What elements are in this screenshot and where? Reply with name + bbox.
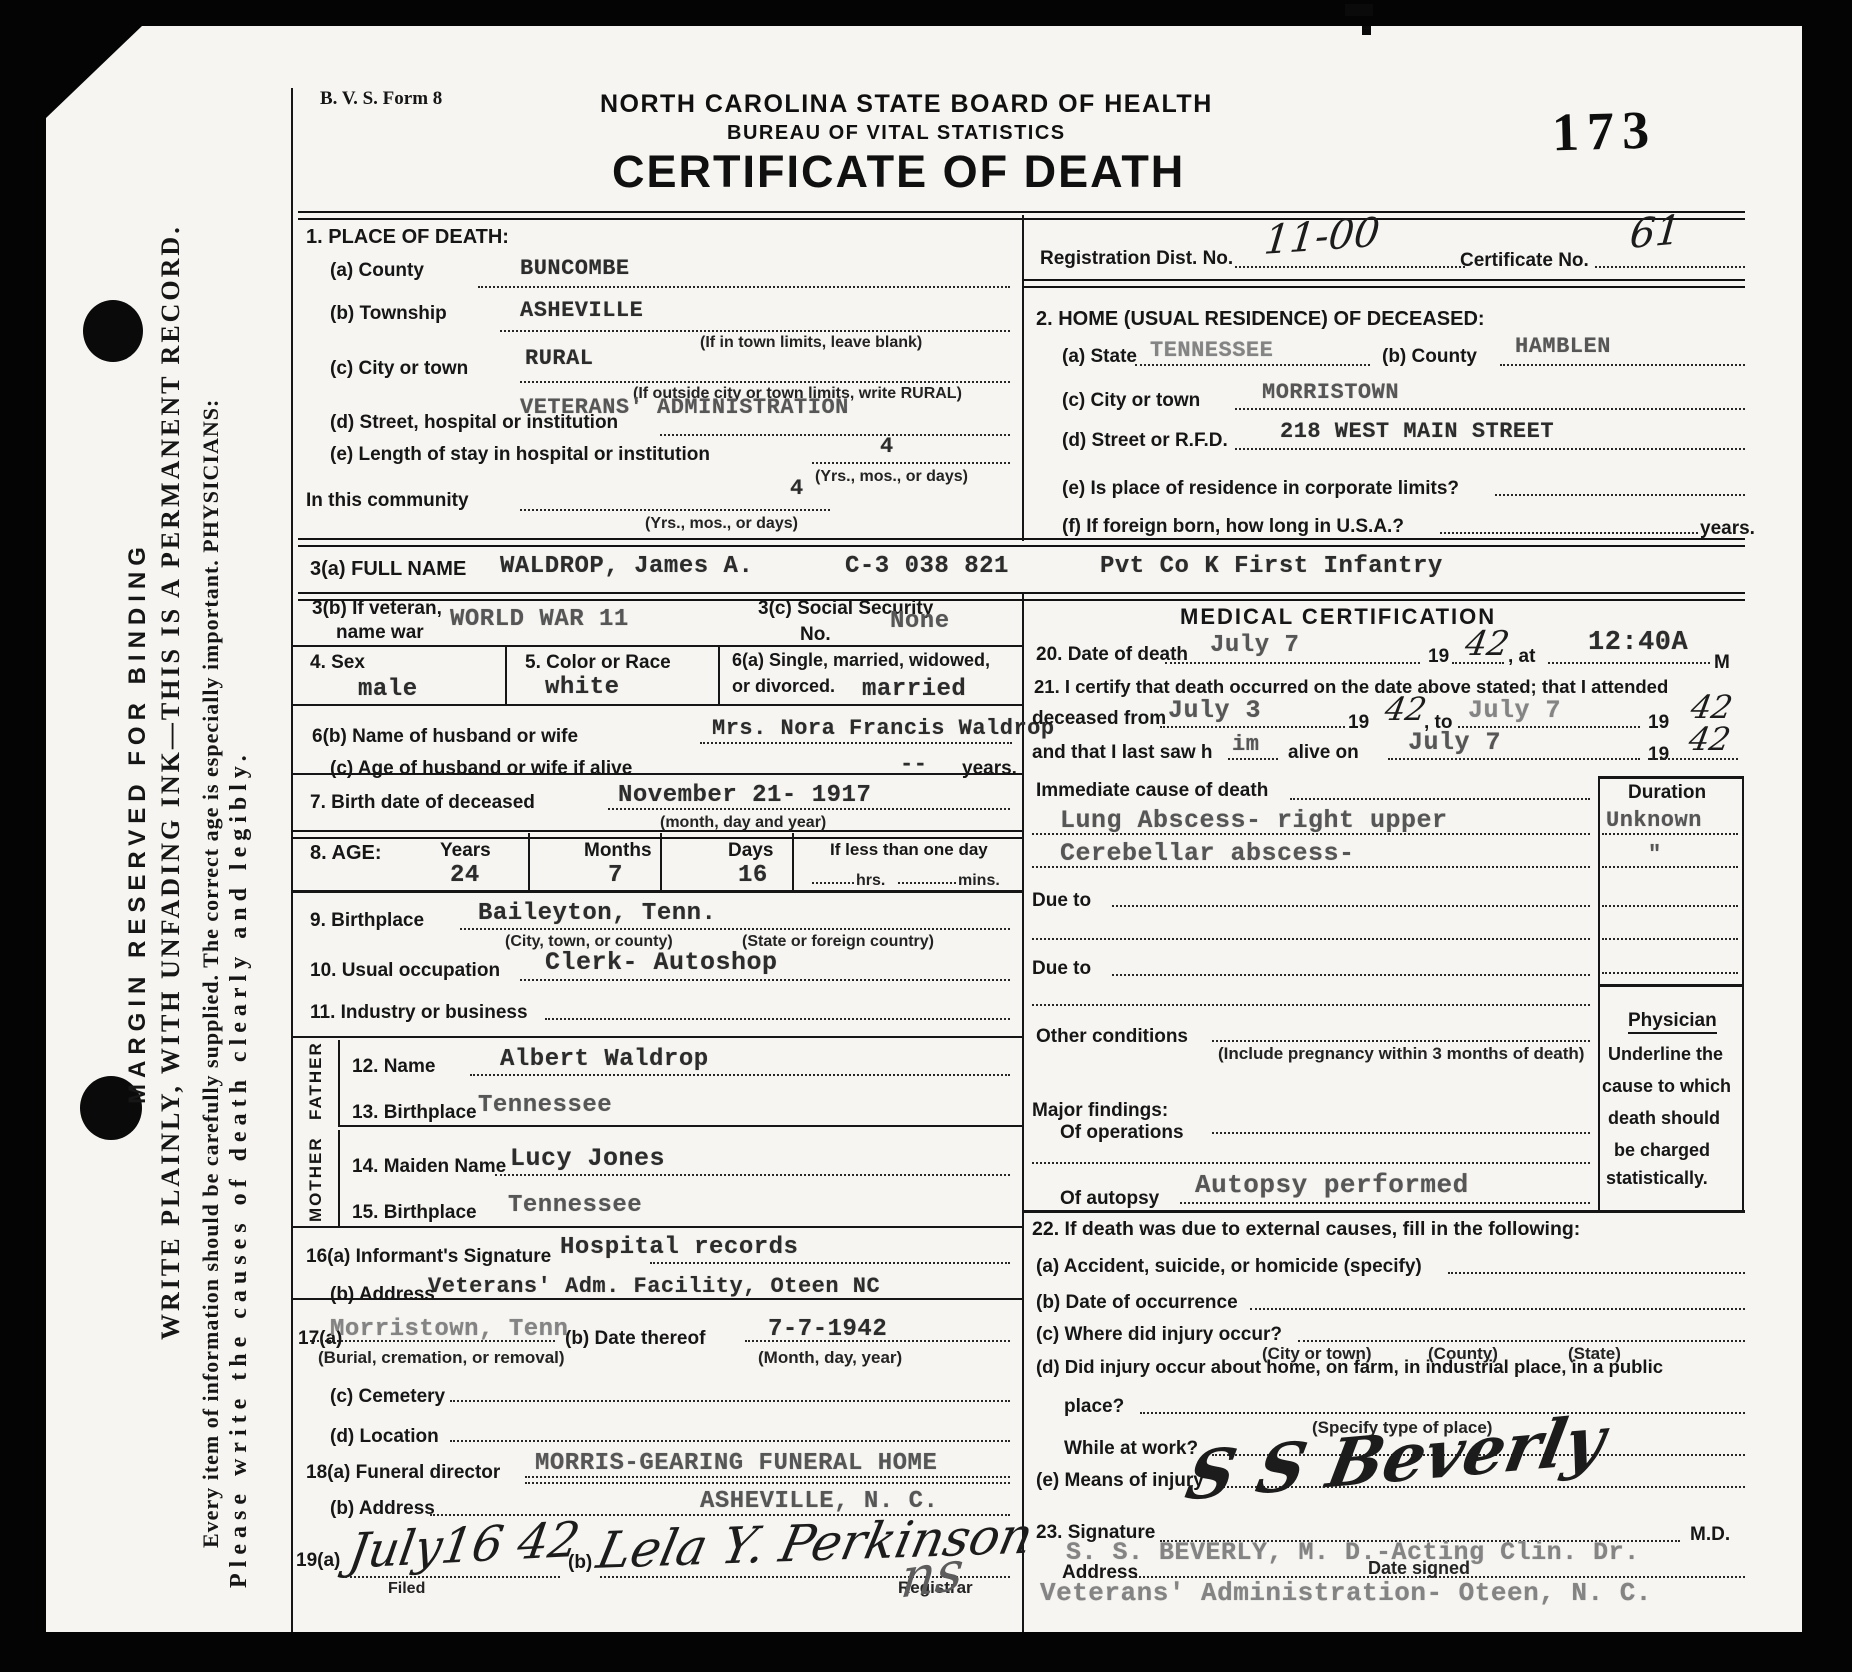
column-divider-top [1022, 215, 1024, 541]
last-saw-fill: im [1232, 732, 1259, 757]
place-of-death-title: 1. PLACE OF DEATH: [306, 226, 509, 249]
age-mins-label: mins. [958, 872, 1000, 890]
stay-note: (Yrs., mos., or days) [815, 468, 968, 486]
of-autopsy-line [1180, 1202, 1590, 1204]
cemetery-label: (c) Cemetery [330, 1386, 445, 1408]
service-unit-value: Pvt Co K First Infantry [1100, 553, 1443, 580]
veteran-row-divider [291, 645, 1022, 647]
external-a-line [1448, 1272, 1745, 1274]
board-title: NORTH CAROLINA STATE BOARD OF HEALTH [600, 90, 1213, 119]
last-saw-fill-line [1228, 758, 1278, 760]
due-to-line-1b [1032, 938, 1590, 940]
certificate-no-line [1595, 266, 1745, 268]
filed-note: Filed [388, 1580, 425, 1598]
autopsy-value: Autopsy performed [1195, 1170, 1469, 1200]
occupation-label: 10. Usual occupation [310, 960, 500, 982]
birthdate-divider [291, 830, 1022, 839]
home-county-value: HAMBLEN [1515, 334, 1611, 359]
father-name-value: Albert Waldrop [500, 1046, 709, 1073]
form-number: B. V. S. Form 8 [320, 88, 442, 110]
margin-permanent-record-note: WRITE PLAINLY, WITH UNFADING INK—THIS IS… [156, 224, 186, 1340]
duration-header: Duration [1628, 782, 1706, 804]
alive-on-label: alive on [1288, 742, 1359, 764]
home-city-line [1235, 408, 1745, 410]
township-note: (If in town limits, leave blank) [700, 334, 922, 352]
fullname-bottom-divider [298, 592, 1745, 601]
duration-line-3 [1602, 905, 1738, 907]
death-m-label: M [1714, 652, 1730, 674]
other-conditions-note: (Include pregnancy within 3 months of de… [1218, 1044, 1584, 1064]
marital-label-2: or divorced. [732, 676, 835, 697]
home-street-line [1235, 448, 1745, 450]
margin-binding-note: MARGIN RESERVED FOR BINDING [124, 541, 152, 1104]
attended-from-label: deceased from [1032, 708, 1166, 730]
marital-value: married [862, 676, 966, 703]
birthdate-label: 7. Birth date of deceased [310, 792, 535, 814]
physician-box-top [1598, 984, 1742, 987]
sex-race-divider [505, 645, 507, 704]
cause-line-1: Lung Abscess- right upper [1060, 806, 1448, 835]
death-at-label: , at [1508, 646, 1535, 668]
father-name-label: 12. Name [352, 1056, 435, 1078]
due-to-line-2b [1032, 1004, 1590, 1006]
veteran-label-1: 3(b) If veteran, [312, 598, 442, 620]
sex-label: 4. Sex [310, 652, 365, 674]
mother-box-bottom [291, 1226, 1022, 1228]
form-left-border [291, 88, 293, 1632]
occupation-value: Clerk- Autoshop [545, 948, 778, 977]
md-label: M.D. [1690, 1524, 1730, 1546]
stay-line [812, 462, 1010, 464]
home-county-label: (b) County [1382, 346, 1477, 368]
cause-line-1-rule [1032, 833, 1590, 835]
external-d-label-2: place? [1064, 1396, 1124, 1418]
sex-row-divider [291, 704, 1022, 706]
county-line [478, 286, 1010, 288]
industry-label: 11. Industry or business [310, 1002, 528, 1024]
home-state-line [1135, 364, 1370, 366]
cause-line-2: Cerebellar abscess- [1060, 839, 1355, 868]
external-c-line [1298, 1340, 1745, 1342]
column-divider-main [1022, 592, 1024, 1632]
father-birthplace-value: Tennessee [478, 1092, 612, 1119]
certificate-no-value: 61 [1628, 207, 1683, 258]
scanned-death-certificate: MARGIN RESERVED FOR BINDING WRITE PLAINL… [0, 0, 1852, 1672]
mother-birthplace-label: 15. Birthplace [352, 1202, 477, 1224]
city-value: RURAL [525, 346, 594, 371]
father-side-label: FATHER [306, 1041, 326, 1120]
physician-typed-addr: Veterans' Administration- Oteen, N. C. [1040, 1578, 1652, 1608]
home-foreign-line [1440, 532, 1698, 534]
findings-blank-line [1032, 1162, 1590, 1164]
death-date-line [1165, 662, 1420, 664]
alive-on-value: July 7 [1408, 728, 1501, 757]
scan-speck [1362, 26, 1371, 35]
death-year-line [1452, 662, 1504, 664]
street-line [660, 434, 1010, 436]
from-year-prefix: 19 [1348, 712, 1369, 734]
full-name-value: WALDROP, James A. [500, 553, 753, 580]
birthplace-label: 9. Birthplace [310, 910, 424, 932]
alive-on-line [1388, 758, 1640, 760]
margin-causes-note: Please write the causes of death clearly… [226, 749, 253, 1588]
county-value: BUNCOMBE [520, 256, 630, 281]
age-months-value: 7 [608, 862, 623, 889]
community-note: (Yrs., mos., or days) [645, 515, 798, 533]
scan-speck [1345, 4, 1373, 16]
township-value: ASHEVILLE [520, 298, 643, 323]
physician-note-4: be charged [1614, 1140, 1710, 1161]
means-of-injury-label: (e) Means of injury [1036, 1470, 1204, 1492]
funeral-addr-label: (b) Address [330, 1498, 435, 1520]
registration-dist-line [1235, 266, 1465, 268]
location-line [450, 1440, 1010, 1442]
physician-typed-name: S. S. BEVERLY, M. D.-Acting Clin. Dr. [1066, 1538, 1640, 1567]
township-line [500, 330, 1010, 332]
age-mins-line [898, 882, 956, 884]
major-findings-label: Major findings: [1032, 1100, 1168, 1122]
service-number-value: C-3 038 821 [845, 553, 1009, 580]
community-label: In this community [306, 490, 469, 512]
mother-bracket [338, 1130, 340, 1226]
duration-line-4 [1602, 938, 1738, 940]
township-label: (b) Township [330, 303, 447, 325]
mother-side-label: MOTHER [306, 1136, 326, 1222]
informant-addr-value: Veterans' Adm. Facility, Oteen NC [428, 1274, 880, 1299]
margin-information-note: Every item of information should be care… [198, 399, 224, 1548]
of-operations-line [1212, 1132, 1590, 1134]
mother-name-line [495, 1174, 1010, 1176]
home-state-value: TENNESSEE [1150, 338, 1273, 363]
spouse-name-label: 6(b) Name of husband or wife [312, 726, 578, 748]
duration-value-2: " [1648, 842, 1662, 867]
home-foreign-units: years. [1700, 518, 1755, 540]
of-operations-label: Of operations [1060, 1122, 1184, 1144]
registration-dist-value: 11-00 [1262, 210, 1382, 264]
medical-title: MEDICAL CERTIFICATION [1180, 604, 1496, 630]
duration-box-left [1598, 776, 1600, 1212]
race-marital-divider [718, 645, 720, 704]
registration-divider [1022, 279, 1745, 288]
father-bracket [338, 1040, 340, 1125]
age-hrs-line [812, 882, 854, 884]
industry-line [545, 1018, 1010, 1020]
due-to-label-1: Due to [1032, 890, 1091, 912]
death-year-value: 42 [1462, 624, 1512, 664]
other-conditions-line [1212, 1040, 1590, 1042]
external-b-label: (b) Date of occurrence [1036, 1292, 1238, 1314]
external-causes-top-divider [1022, 1210, 1745, 1213]
duration-box-top [1598, 776, 1742, 779]
birthdate-note: (month, day and year) [660, 814, 826, 832]
county-label: (a) County [330, 260, 424, 282]
cause-line-2-rule [1032, 866, 1590, 868]
spouse-age-units: years. [962, 758, 1017, 780]
ssn-label-2: No. [800, 624, 831, 646]
alive-year-prefix: 19 [1648, 744, 1669, 766]
community-value: 4 [790, 476, 804, 501]
stay-label: (e) Length of stay in hospital or instit… [330, 444, 710, 466]
home-title: 2. HOME (USUAL RESIDENCE) OF DECEASED: [1036, 308, 1485, 331]
age-label: 8. AGE: [310, 842, 382, 865]
spouse-age-label: (c) Age of husband or wife if alive [330, 758, 632, 780]
sex-value: male [358, 676, 418, 703]
death-date-value: July 7 [1210, 632, 1299, 659]
disposition-date-label: (b) Date thereof [565, 1328, 705, 1350]
age-col-divider-1 [528, 833, 530, 890]
duration-line-1 [1602, 833, 1738, 835]
immediate-cause-label: Immediate cause of death [1036, 780, 1268, 802]
home-state-label: (a) State [1062, 346, 1137, 368]
age-col-divider-3 [792, 833, 794, 890]
handwritten-mark: ns [898, 1538, 967, 1611]
punch-hole-top [83, 300, 143, 362]
disposition-date-note: (Month, day, year) [758, 1348, 902, 1368]
disposition-note: (Burial, cremation, or removal) [318, 1348, 565, 1368]
external-c-label: (c) Where did injury occur? [1036, 1324, 1282, 1346]
community-line [520, 509, 830, 511]
alive-year-value: 42 [1686, 720, 1733, 758]
other-conditions-label: Other conditions [1036, 1026, 1188, 1048]
due-to-line-1 [1112, 905, 1590, 907]
external-b-line [1250, 1308, 1745, 1310]
birthplace-line [460, 928, 1010, 930]
external-a-label: (a) Accident, suicide, or homicide (spec… [1036, 1256, 1422, 1278]
attended-from-line [1160, 726, 1345, 728]
father-birthplace-label: 13. Birthplace [352, 1102, 477, 1124]
home-city-label: (c) City or town [1062, 390, 1200, 412]
death-time-line [1548, 662, 1710, 664]
physician-label: Physician [1628, 1010, 1717, 1034]
to-year-prefix: 19 [1648, 712, 1669, 734]
mother-name-value: Lucy Jones [510, 1144, 665, 1173]
attended-to-value: July 7 [1468, 696, 1561, 725]
fullname-top-divider [298, 538, 1745, 547]
stay-value: 4 [880, 434, 894, 459]
father-box-top [291, 1036, 1022, 1038]
father-mother-divider [338, 1125, 1022, 1127]
alive-year-line [1648, 758, 1738, 760]
immediate-cause-line [1290, 798, 1590, 800]
age-less-label: If less than one day [830, 840, 988, 860]
home-street-label: (d) Street or R.F.D. [1062, 430, 1228, 452]
duration-line-2 [1602, 866, 1738, 868]
race-label: 5. Color or Race [525, 652, 671, 674]
funeral-director-label: 18(a) Funeral director [306, 1462, 500, 1484]
home-corporate-line [1495, 494, 1745, 496]
physician-note-1: Underline the [1608, 1044, 1723, 1065]
home-corporate-label: (e) Is place of residence in corporate l… [1062, 478, 1459, 500]
age-years-label: Years [440, 840, 491, 862]
physician-note-5: statistically. [1606, 1168, 1708, 1189]
age-days-label: Days [728, 840, 773, 862]
due-to-line-2 [1112, 974, 1590, 976]
spouse-name-line [700, 742, 1012, 744]
funeral-director-line [525, 1476, 1010, 1478]
race-value: white [545, 674, 620, 701]
age-months-label: Months [584, 840, 652, 862]
location-label: (d) Location [330, 1426, 439, 1448]
father-name-line [470, 1074, 1010, 1076]
veteran-war-value: WORLD WAR 11 [450, 606, 629, 633]
while-at-work-label: While at work? [1064, 1438, 1198, 1460]
home-street-value: 218 WEST MAIN STREET [1280, 419, 1554, 444]
certificate-title: CERTIFICATE OF DEATH [612, 146, 1185, 198]
due-to-label-2: Due to [1032, 958, 1091, 980]
bureau-subtitle: BUREAU OF VITAL STATISTICS [727, 122, 1066, 145]
home-foreign-label: (f) If foreign born, how long in U.S.A.? [1062, 516, 1404, 538]
certify-line: 21. I certify that death occurred on the… [1034, 676, 1668, 698]
marital-label-1: 6(a) Single, married, widowed, [732, 650, 990, 671]
of-autopsy-label: Of autopsy [1060, 1188, 1159, 1210]
mother-name-label: 14. Maiden Name [352, 1156, 506, 1178]
age-row-divider [291, 890, 1022, 893]
home-city-value: MORRISTOWN [1262, 380, 1399, 405]
age-days-value: 16 [738, 862, 768, 889]
external-title: 22. If death was due to external causes,… [1032, 1218, 1580, 1241]
birthdate-value: November 21- 1917 [618, 782, 871, 809]
informant-sig-value: Hospital records [560, 1234, 798, 1261]
last-saw-label: and that I last saw h [1032, 742, 1213, 764]
birthdate-line [608, 808, 1010, 810]
age-hrs-label: hrs. [856, 872, 885, 890]
disposition-date-line [745, 1340, 1010, 1342]
physician-note-3: death should [1608, 1108, 1720, 1129]
spouse-age-value: -- [900, 752, 927, 777]
attended-from-value: July 3 [1168, 696, 1261, 725]
informant-sig-label: 16(a) Informant's Signature [306, 1246, 551, 1268]
city-label: (c) City or town [330, 358, 468, 380]
street-label: (d) Street, hospital or institution [330, 412, 618, 434]
filed-date-line [345, 1576, 560, 1578]
certificate-stamp-number: 173 [1551, 99, 1658, 164]
filed-b-label: (b) [568, 1552, 592, 1574]
funeral-director-value: MORRIS-GEARING FUNERAL HOME [535, 1450, 937, 1477]
death-year-prefix: 19 [1428, 646, 1449, 668]
informant-addr-label: (b) Address [330, 1284, 435, 1306]
certificate-no-label: Certificate No. [1460, 250, 1589, 272]
home-county-line [1500, 364, 1745, 366]
cemetery-line [450, 1400, 1010, 1402]
informant-sig-line [650, 1262, 1010, 1264]
full-name-label: 3(a) FULL NAME [310, 558, 466, 581]
birthplace-value: Baileyton, Tenn. [478, 900, 716, 927]
duration-value-1: Unknown [1606, 808, 1702, 833]
death-time-value: 12:40A [1588, 628, 1688, 658]
from-year-value: 42 [1382, 690, 1429, 728]
veteran-label-2: name war [336, 622, 424, 644]
external-d-label: (d) Did injury occur about home, on farm… [1036, 1356, 1663, 1378]
disposition-place-value: Morristown, Tenn [330, 1316, 568, 1343]
spouse-name-value: Mrs. Nora Francis Waldrop [712, 716, 1055, 741]
age-years-value: 24 [450, 862, 480, 889]
disposition-date-value: 7-7-1942 [768, 1316, 887, 1343]
ssn-value: None [890, 608, 950, 635]
age-col-divider-2 [660, 833, 662, 890]
funeral-director-line-2 [525, 1482, 1010, 1484]
occupation-line [520, 979, 1010, 981]
disposition-place-line [310, 1340, 555, 1342]
duration-box-right [1742, 776, 1744, 1212]
filed-label: 19(a) [296, 1550, 340, 1572]
mother-birthplace-value: Tennessee [508, 1192, 642, 1219]
duration-line-5 [1602, 972, 1738, 974]
physician-note-2: cause to which [1602, 1076, 1731, 1097]
city-line [520, 381, 1010, 383]
registration-dist-label: Registration Dist. No. [1040, 248, 1233, 270]
